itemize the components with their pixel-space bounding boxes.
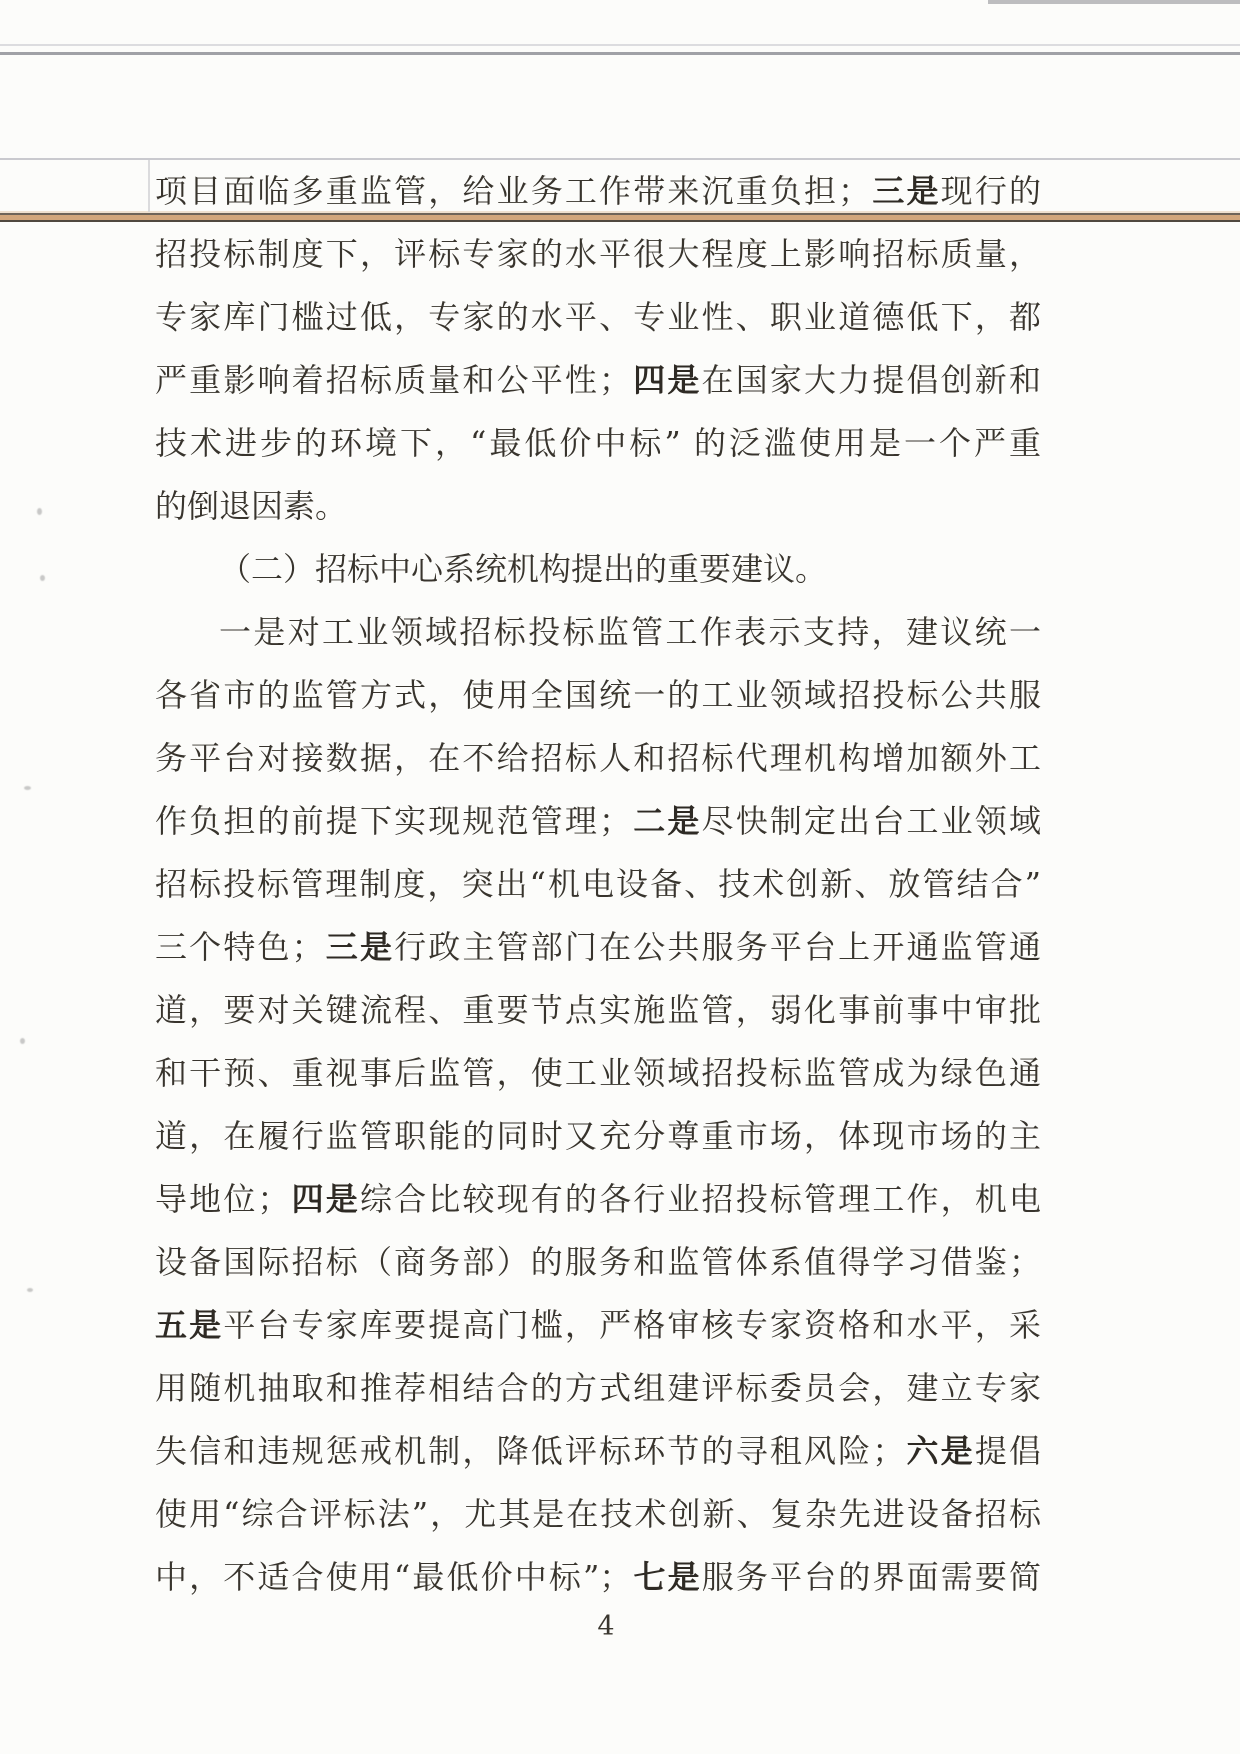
text-segment: 和干预、重视事后监管，使工业领域招投标监管成为绿色通 [155, 1054, 1041, 1092]
text-line: 务平台对接数据，在不给招标人和招标代理机构增加额外工 [155, 727, 1041, 790]
text-segment: 招投标制度下，评标专家的水平很大程度上影响招标质量， [155, 235, 1041, 273]
horizontal-rule-gray [0, 52, 1240, 55]
ordinal-marker: 三是 [870, 172, 940, 210]
text-segment: 提倡 [975, 1432, 1041, 1470]
text-segment: 务平台对接数据，在不给招标人和招标代理机构增加额外工 [155, 739, 1041, 777]
text-line: 各省市的监管方式，使用全国统一的工业领域招投标公共服 [155, 664, 1041, 727]
text-segment: 失信和违规惩戒机制，降低评标环节的寻租风险； [155, 1432, 904, 1470]
text-segment: 三个特色； [155, 928, 324, 966]
text-line: 失信和违规惩戒机制，降低评标环节的寻租风险；六是提倡 [155, 1420, 1041, 1483]
text-line: 使用“综合评标法”，尤其是在技术创新、复杂先进设备招标 [155, 1483, 1041, 1546]
text-segment: 的倒退因素。 [155, 487, 347, 525]
ordinal-marker: 二是 [631, 802, 701, 840]
ordinal-marker: 六是 [904, 1432, 974, 1470]
text-line: 招标投标管理制度，突出“机电设备、技术创新、放管结合” [155, 853, 1041, 916]
ordinal-marker: 五是 [155, 1306, 223, 1344]
text-line: 用随机抽取和推荐相结合的方式组建评标委员会，建立专家 [155, 1357, 1041, 1420]
text-line: 的倒退因素。 [155, 475, 1041, 538]
ordinal-marker: 三是 [324, 928, 394, 966]
text-segment: 平台专家库要提高门槛，严格审核专家资格和水平，采 [223, 1306, 1041, 1344]
text-segment: 服务平台的界面需要简 [702, 1558, 1041, 1596]
page-number: 4 [586, 1607, 626, 1647]
text-segment: 现行的 [941, 172, 1041, 210]
text-line: 导地位；四是综合比较现有的各行业招投标管理工作，机电 [155, 1168, 1041, 1231]
text-segment: 行政主管部门在公共服务平台上开通监管通 [394, 928, 1041, 966]
text-line: 道，要对关键流程、重要节点实施监管，弱化事前事中审批 [155, 979, 1041, 1042]
text-segment: 专家库门槛过低，专家的水平、专业性、职业道德低下，都 [155, 298, 1041, 336]
scan-speck [40, 575, 45, 581]
text-line: 和干预、重视事后监管，使工业领域招投标监管成为绿色通 [155, 1042, 1041, 1105]
text-line: 专家库门槛过低，专家的水平、专业性、职业道德低下，都 [155, 286, 1041, 349]
ordinal-marker: 七是 [631, 1558, 701, 1596]
text-line: 设备国际招标（商务部）的服务和监管体系值得学习借鉴； [155, 1231, 1041, 1294]
text-line: 中，不适合使用“最低价中标”；七是服务平台的界面需要简 [155, 1546, 1041, 1609]
text-segment: 设备国际招标（商务部）的服务和监管体系值得学习借鉴； [155, 1243, 1041, 1281]
text-segment: 一是对工业领域招标投标监管工作表示支持，建议统一 [219, 613, 1041, 651]
text-line: 作负担的前提下实现规范管理；二是尽快制定出台工业领域 [155, 790, 1041, 853]
scan-speck [20, 1038, 25, 1044]
text-segment: 道，在履行监管职能的同时又充分尊重市场，体现市场的主 [155, 1117, 1041, 1155]
horizontal-rule-light [0, 44, 1240, 46]
text-line: 三个特色；三是行政主管部门在公共服务平台上开通监管通 [155, 916, 1041, 979]
text-line: （二）招标中心系统机构提出的重要建议。 [155, 538, 1041, 601]
scan-artifact-line [148, 160, 150, 212]
text-segment: 技术进步的环境下，“最低价中标” 的泛滥使用是一个严重 [155, 424, 1041, 462]
text-segment: 严重影响着招标质量和公平性； [155, 361, 631, 399]
text-line: 项目面临多重监管，给业务工作带来沉重负担；三是现行的 [155, 160, 1041, 223]
text-line: 一是对工业领域招标投标监管工作表示支持，建议统一 [155, 601, 1041, 664]
text-segment: 道，要对关键流程、重要节点实施监管，弱化事前事中审批 [155, 991, 1041, 1029]
text-segment: 用随机抽取和推荐相结合的方式组建评标委员会，建立专家 [155, 1369, 1041, 1407]
ordinal-marker: 四是 [631, 361, 701, 399]
text-line: 招投标制度下，评标专家的水平很大程度上影响招标质量， [155, 223, 1041, 286]
scan-speck [27, 1288, 33, 1292]
text-segment: 综合比较现有的各行业招投标管理工作，机电 [360, 1180, 1041, 1218]
text-segment: 各省市的监管方式，使用全国统一的工业领域招投标公共服 [155, 676, 1041, 714]
ordinal-marker: 四是 [289, 1180, 359, 1218]
text-segment: 导地位； [155, 1180, 289, 1218]
text-segment: 在国家大力提倡创新和 [702, 361, 1041, 399]
text-segment: （二）招标中心系统机构提出的重要建议。 [219, 550, 827, 588]
text-line: 道，在履行监管职能的同时又充分尊重市场，体现市场的主 [155, 1105, 1041, 1168]
text-segment: 使用“综合评标法”，尤其是在技术创新、复杂先进设备招标 [155, 1495, 1041, 1533]
text-segment: 中，不适合使用“最低价中标”； [155, 1558, 631, 1596]
text-segment: 招标投标管理制度，突出“机电设备、技术创新、放管结合” [155, 865, 1041, 903]
scanned-document-page: 项目面临多重监管，给业务工作带来沉重负担；三是现行的招投标制度下，评标专家的水平… [0, 0, 1240, 1754]
scan-speck [37, 508, 42, 515]
text-line: 严重影响着招标质量和公平性；四是在国家大力提倡创新和 [155, 349, 1041, 412]
text-segment: 项目面临多重监管，给业务工作带来沉重负担； [155, 172, 870, 210]
document-text-block: 项目面临多重监管，给业务工作带来沉重负担；三是现行的招投标制度下，评标专家的水平… [155, 160, 1041, 1609]
text-line: 五是平台专家库要提高门槛，严格审核专家资格和水平，采 [155, 1294, 1041, 1357]
text-segment: 作负担的前提下实现规范管理； [155, 802, 631, 840]
text-segment: 尽快制定出台工业领域 [702, 802, 1041, 840]
text-line: 技术进步的环境下，“最低价中标” 的泛滥使用是一个严重 [155, 412, 1041, 475]
scan-smudge [988, 0, 1240, 4]
scan-speck [24, 786, 31, 790]
